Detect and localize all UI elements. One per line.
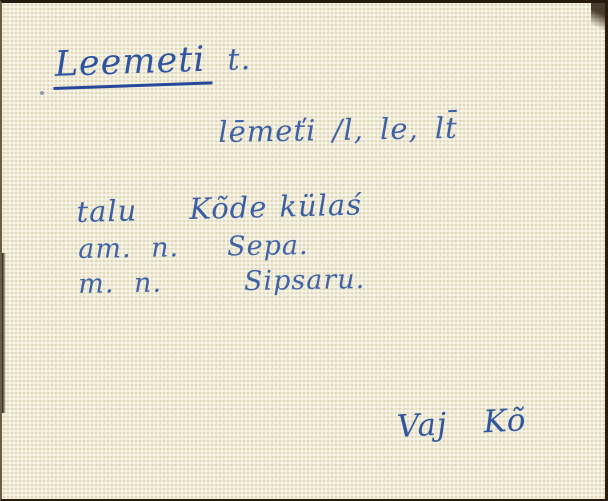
official-name-abbrev: am. n. [78, 232, 179, 265]
headword-line: Leemetit. [52, 38, 252, 90]
official-name-value: Sepa. [227, 230, 309, 262]
location-line: taluKõdekülaś [76, 188, 362, 229]
location-word-talu: talu [76, 193, 138, 229]
scanned-index-card: Leemetit. lēmeťi /l, le, lt̄ taluKõdekül… [0, 0, 608, 501]
scan-edge-shadow-left [2, 253, 6, 413]
pronunciation-line: lēmeťi /l, le, lt̄ [218, 111, 458, 149]
official-name-line: am. n.Sepa. [78, 230, 309, 265]
headword-suffix: t. [227, 42, 252, 78]
location-word-village: külaś [279, 188, 363, 224]
signature-part-1: Vaj [396, 406, 448, 445]
scan-edge-shadow-top-right [591, 3, 605, 37]
collector-signature: VajKõ [396, 402, 527, 445]
folk-name-abbrev: m. n. [78, 268, 162, 300]
folk-name-line: m. n.Sipsaru. [78, 264, 365, 300]
signature-part-2: Kõ [483, 402, 528, 440]
folk-name-value: Sipsaru. [244, 264, 366, 297]
location-village-name: Kõde [189, 190, 268, 226]
headword-text: Leemeti [52, 39, 212, 90]
ink-speck [40, 91, 44, 95]
